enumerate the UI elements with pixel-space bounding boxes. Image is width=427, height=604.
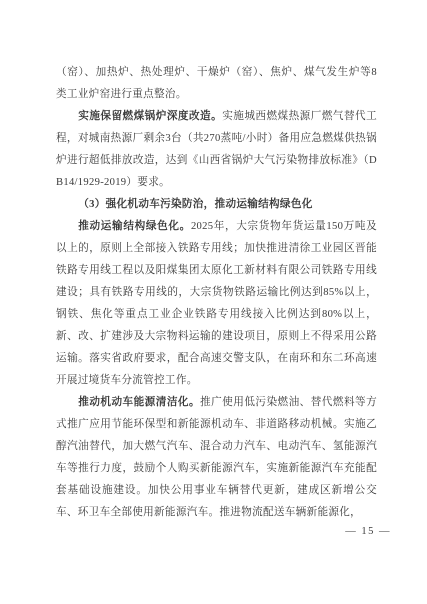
page-number: — 15 — bbox=[345, 524, 391, 540]
paragraph-lead: 实施保留燃煤锅炉深度改造。 bbox=[78, 111, 222, 122]
paragraph-lead: 推动运输结构绿色化。 bbox=[78, 221, 191, 232]
document-body: （窑）、加热炉、热处理炉、干燥炉（窑）、焦炉、煤气发生炉等8类工业炉窑进行重点整… bbox=[56, 62, 377, 524]
paragraph-text: 实施城西燃煤热源厂燃气替代工程，对城南热源厂剩余3台（共270蒸吨/小时）备用应… bbox=[56, 111, 377, 188]
paragraph-text: 推广使用低污染燃油、替代燃料等方式推广应用节能环保型和新能源机动车、非道路移动机… bbox=[56, 397, 377, 518]
paragraph-text: （窑）、加热炉、热处理炉、干燥炉（窑）、焦炉、煤气发生炉等8类工业炉窑进行重点整… bbox=[56, 67, 377, 100]
paragraph-transport-structure: 推动运输结构绿色化。2025年，大宗货物年货运量150万吨及以上的，原则上全部接… bbox=[56, 216, 377, 392]
paragraph-boiler-retrofit: 实施保留燃煤锅炉深度改造。实施城西燃煤热源厂燃气替代工程，对城南热源厂剩余3台（… bbox=[56, 106, 377, 194]
section-heading-text: （3）强化机动车污染防治，推动运输结构绿色化 bbox=[78, 199, 312, 210]
document-page: （窑）、加热炉、热处理炉、干燥炉（窑）、焦炉、煤气发生炉等8类工业炉窑进行重点整… bbox=[0, 0, 427, 604]
section-heading-vehicle-pollution: （3）强化机动车污染防治，推动运输结构绿色化 bbox=[56, 194, 377, 216]
paragraph-lead: 推动机动车能源清洁化。 bbox=[78, 397, 200, 408]
paragraph-vehicle-clean-energy: 推动机动车能源清洁化。推广使用低污染燃油、替代燃料等方式推广应用节能环保型和新能… bbox=[56, 392, 377, 524]
paragraph-text: 2025年，大宗货物年货运量150万吨及以上的，原则上全部接入铁路专用线；加快推… bbox=[56, 221, 377, 386]
paragraph-furnace-continuation: （窑）、加热炉、热处理炉、干燥炉（窑）、焦炉、煤气发生炉等8类工业炉窑进行重点整… bbox=[56, 62, 377, 106]
